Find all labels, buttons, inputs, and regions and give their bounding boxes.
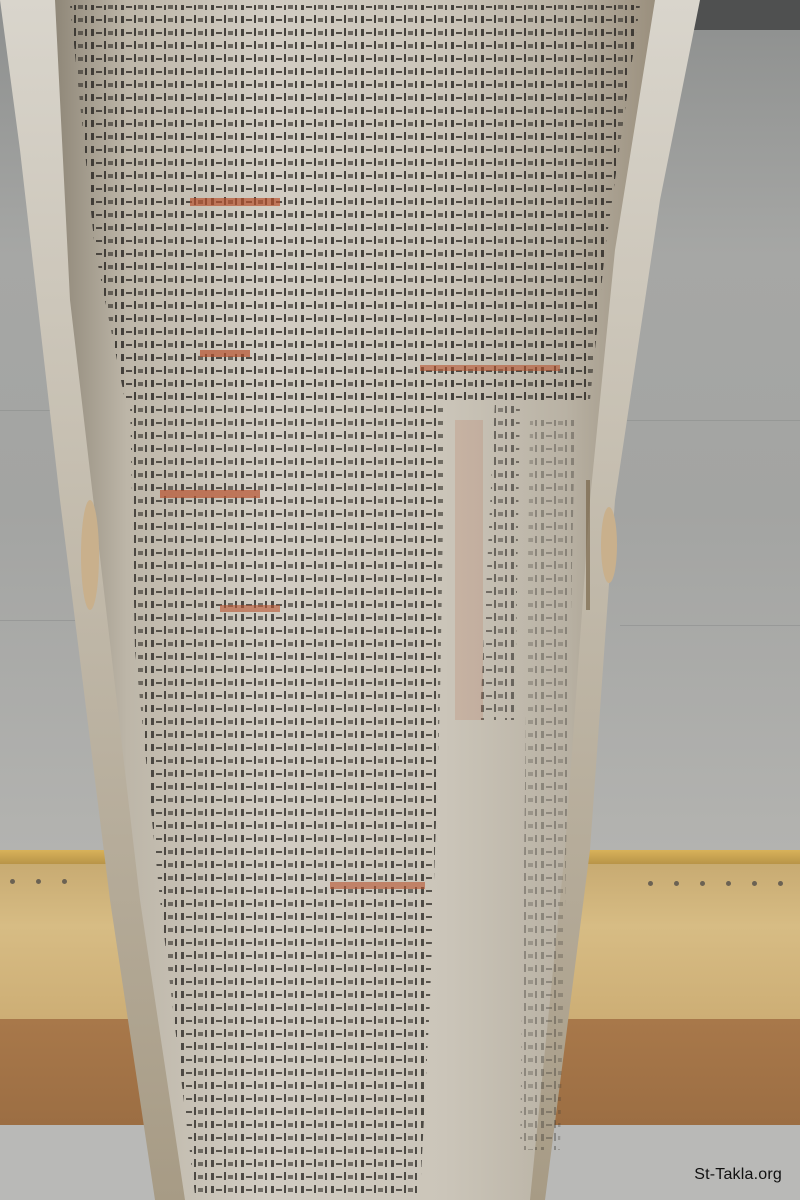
wooden-peg-left [81,500,99,610]
coffin-board-illustration [0,0,800,1200]
wooden-peg-right [601,507,617,583]
watermark-text: St-Takla.org [694,1166,782,1184]
inscribed-coffin-board [0,0,800,1200]
